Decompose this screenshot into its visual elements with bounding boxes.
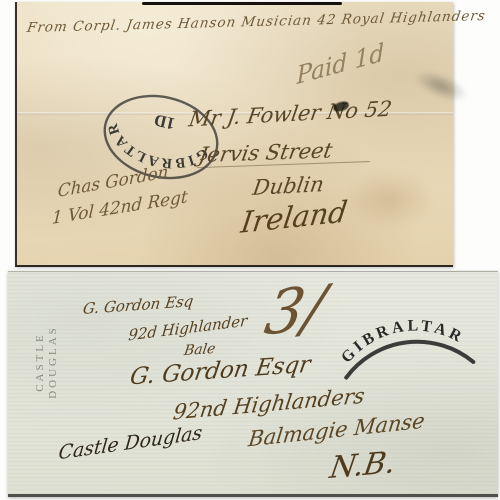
- top-address-line-4: Ireland: [239, 194, 350, 240]
- bottom-address-line-4: N.B.: [327, 445, 398, 486]
- photo-of-two-covers: From Corpl. James Hanson Musician 42 Roy…: [0, 0, 500, 500]
- paid-manuscript-note: Paid 1d: [296, 38, 384, 90]
- straightline-postmark-line-2: DOUGLAS: [47, 312, 60, 412]
- oval-postmark-value-text: 1D: [152, 110, 177, 133]
- top-address-line-2: Jervis Street: [197, 137, 374, 168]
- top-address-line-3: Dublin: [251, 172, 326, 200]
- manuscript-rate-mark: 3/: [260, 272, 331, 350]
- bottom-address-line-1: G. Gordon Esqr: [128, 352, 312, 391]
- gibraltar-arc-postmark: GIBRALTAR: [332, 292, 480, 386]
- svg-text:GIBRALTAR: GIBRALTAR: [335, 311, 470, 368]
- docket-line-3: Bale: [183, 341, 217, 359]
- bottom-cover: G. Gordon Esq 92d Highlander Bale 3/ GIB…: [8, 271, 498, 497]
- photo-edge-line: [142, 2, 342, 5]
- docket-line-1: G. Gordon Esq: [82, 292, 195, 318]
- top-cover: From Corpl. James Hanson Musician 42 Roy…: [15, 2, 453, 267]
- straightline-postmark-line-1: CASTLE: [34, 312, 47, 412]
- pencil-smudge: [410, 64, 473, 108]
- sender-inscription: From Corpl. James Hanson Musician 42 Roy…: [26, 8, 487, 36]
- arc-postmark-text: GIBRALTAR: [335, 311, 470, 368]
- paper-stain: [345, 169, 435, 229]
